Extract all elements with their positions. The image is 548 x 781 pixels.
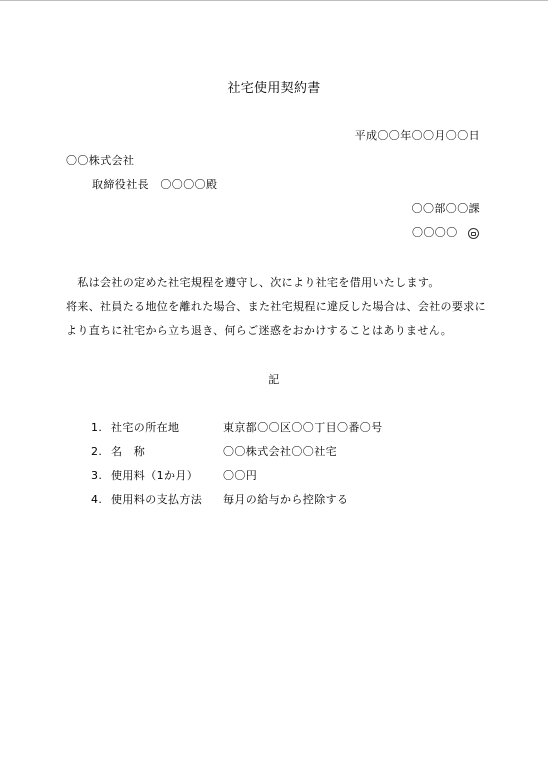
body-line-2: 将来、社員たる地位を離れた場合、また社宅規程に違反した場合は、会社の要求に <box>66 300 481 314</box>
document-page: 社宅使用契約書 平成〇〇年〇〇月〇〇日 〇〇株式会社 取締役社長 〇〇〇〇殿 〇… <box>0 0 548 781</box>
sender-name: 〇〇〇〇 <box>412 226 458 240</box>
item-number: 1. <box>91 421 102 435</box>
item-value: 毎月の給与から控除する <box>223 493 348 507</box>
body-line-3: より直ちに社宅から立ち退き、何らご迷惑をおかけすることはありません。 <box>66 324 481 338</box>
document-title: 社宅使用契約書 <box>0 81 548 97</box>
recipient-person: 取締役社長 〇〇〇〇殿 <box>92 178 217 192</box>
item-number: 3. <box>91 469 102 483</box>
item-number: 4. <box>91 493 102 507</box>
item-label: 使用料の支払方法 <box>111 493 202 507</box>
item-label: 社宅の所在地 <box>111 421 179 435</box>
item-value: 〇〇株式会社〇〇社宅 <box>223 445 337 459</box>
item-value: 東京都〇〇区〇〇丁目〇番〇号 <box>223 421 383 435</box>
body-line-1: 私は会社の定めた社宅規程を遵守し、次により社宅を借用いたします。 <box>66 276 481 290</box>
recipient-company: 〇〇株式会社 <box>66 154 134 168</box>
document-date: 平成〇〇年〇〇月〇〇日 <box>355 129 480 143</box>
item-label: 使用料（1か月） <box>111 469 198 483</box>
item-value: 〇〇円 <box>223 469 257 483</box>
item-label: 名 称 <box>111 445 145 459</box>
item-number: 2. <box>91 445 102 459</box>
sender-department: 〇〇部〇〇課 <box>412 202 480 216</box>
ki-heading: 記 <box>0 373 548 387</box>
seal-stamp-icon <box>468 228 479 239</box>
